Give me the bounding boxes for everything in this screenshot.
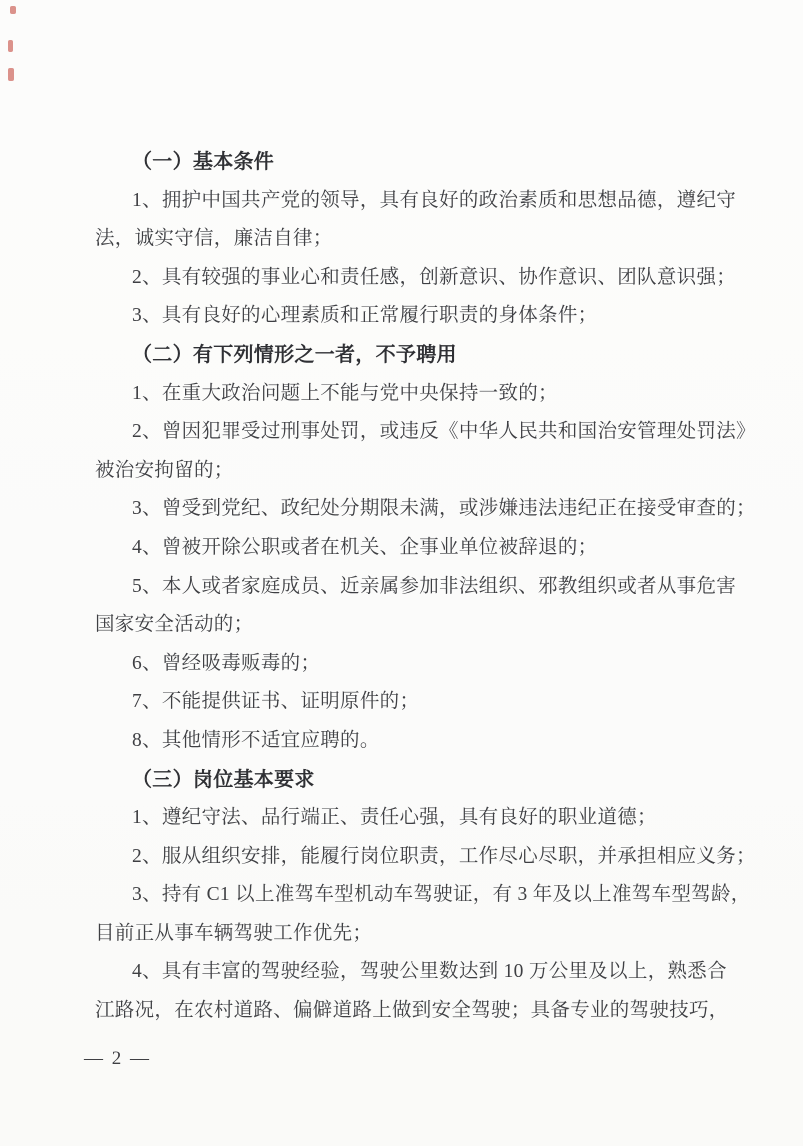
red-scan-mark [8, 40, 13, 52]
text-line: 2、服从组织安排，能履行岗位职责，工作尽心尽职，并承担相应义务； [95, 838, 755, 877]
text-line: 3、持有 C1 以上准驾车型机动车驾驶证，有 3 年及以上准驾车型驾龄， [95, 876, 755, 915]
text-line: 7、不能提供证书、证明原件的； [95, 683, 755, 722]
text-line: 8、其他情形不适宜应聘的。 [95, 722, 755, 761]
text-line: 被治安拘留的； [95, 452, 755, 491]
document-page: （一）基本条件1、拥护中国共产党的领导，具有良好的政治素质和思想品德，遵纪守法，… [0, 0, 803, 1146]
section-heading: （二）有下列情形之一者，不予聘用 [95, 336, 755, 375]
text-line: 1、拥护中国共产党的领导，具有良好的政治素质和思想品德，遵纪守 [95, 182, 755, 221]
text-line: 5、本人或者家庭成员、近亲属参加非法组织、邪教组织或者从事危害 [95, 568, 755, 607]
red-scan-mark [8, 68, 14, 81]
text-line: 3、具有良好的心理素质和正常履行职责的身体条件； [95, 297, 755, 336]
text-line: 3、曾受到党纪、政纪处分期限未满，或涉嫌违法违纪正在接受审查的； [95, 490, 755, 529]
document-body: （一）基本条件1、拥护中国共产党的领导，具有良好的政治素质和思想品德，遵纪守法，… [95, 143, 755, 1031]
red-scan-mark [10, 6, 16, 14]
text-line: 4、具有丰富的驾驶经验，驾驶公里数达到 10 万公里及以上，熟悉合 [95, 953, 755, 992]
section-heading: （三）岗位基本要求 [95, 761, 755, 800]
text-line: 江路况，在农村道路、偏僻道路上做到安全驾驶；具备专业的驾驶技巧， [95, 992, 755, 1031]
text-line: 2、曾因犯罪受过刑事处罚，或违反《中华人民共和国治安管理处罚法》 [95, 413, 755, 452]
text-line: 6、曾经吸毒贩毒的； [95, 645, 755, 684]
text-line: 1、遵纪守法、品行端正、责任心强，具有良好的职业道德； [95, 799, 755, 838]
text-line: 4、曾被开除公职或者在机关、企事业单位被辞退的； [95, 529, 755, 568]
text-line: 目前正从事车辆驾驶工作优先； [95, 915, 755, 954]
section-heading: （一）基本条件 [95, 143, 755, 182]
page-number: — 2 — [84, 1044, 151, 1074]
text-line: 2、具有较强的事业心和责任感，创新意识、协作意识、团队意识强； [95, 259, 755, 298]
text-line: 国家安全活动的； [95, 606, 755, 645]
text-line: 1、在重大政治问题上不能与党中央保持一致的； [95, 375, 755, 414]
text-line: 法，诚实守信，廉洁自律； [95, 220, 755, 259]
